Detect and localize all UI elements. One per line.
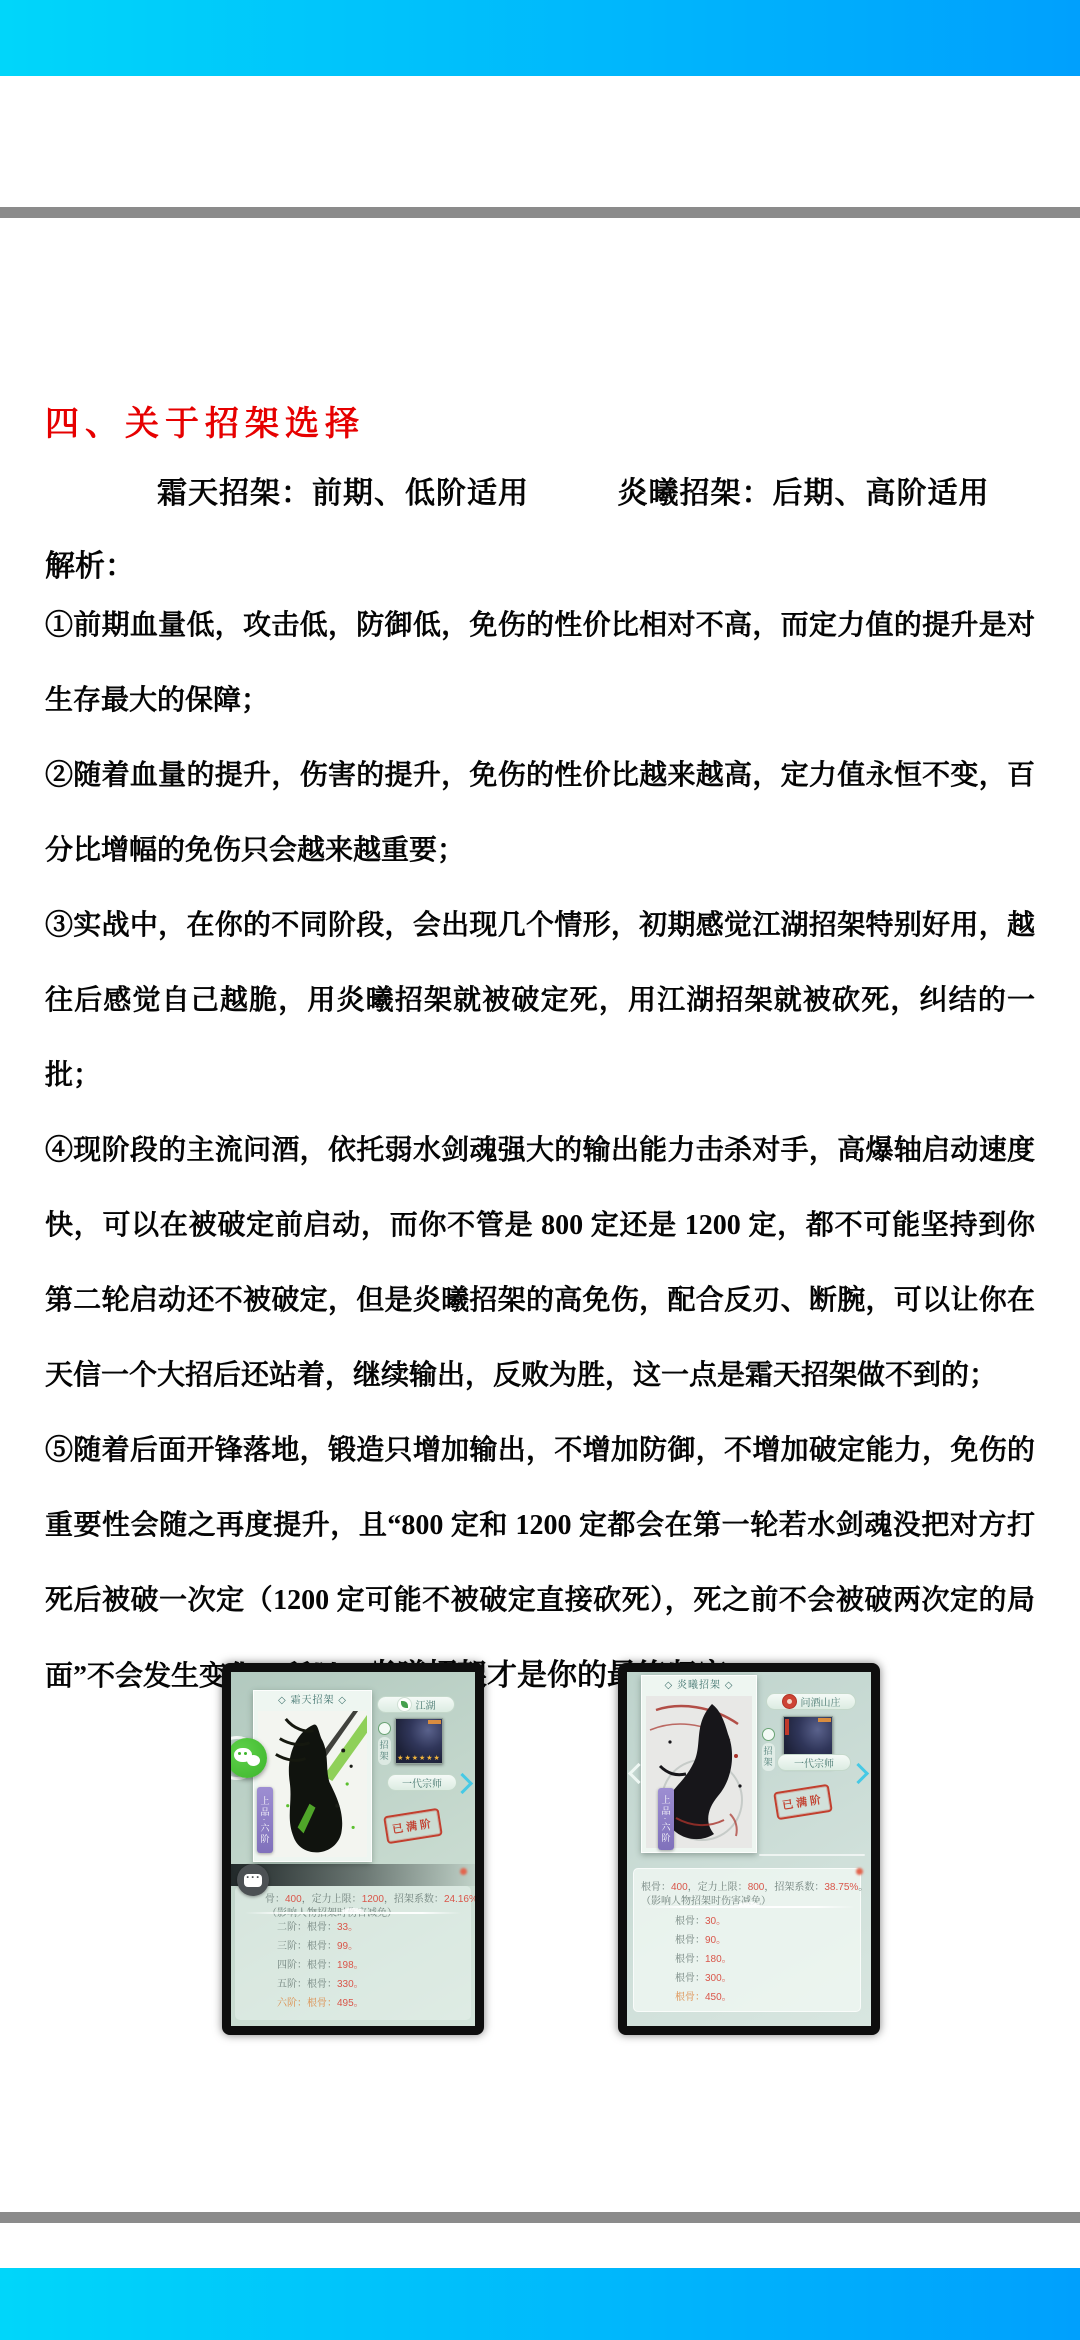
stage-row: 二阶：根骨：33。 <box>277 1918 364 1937</box>
parry-tag-label: 招架 <box>378 1737 391 1765</box>
stage-row: 根骨：300。 <box>675 1969 732 1988</box>
max-stage-stamp: 已满阶 <box>383 1808 443 1844</box>
parry-card: ◇ 炎曦招架 ◇ 上品·六阶 <box>641 1675 757 1853</box>
swirl-line-decoration <box>759 1854 865 1856</box>
paragraph-5: ⑤随着后面开锋落地，锻造只增加输出，不增加防御，不增加破定能力，免伤的重要性会随… <box>45 1413 1035 1714</box>
paragraph-4: ④现阶段的主流问酒，依托弱水剑魂强大的输出能力击杀对手，高爆轴启动速度快，可以在… <box>45 1113 1035 1413</box>
analysis-label: 解析： <box>45 541 135 585</box>
rank-pill: 一代宗师 <box>387 1774 457 1791</box>
stage-row: 五阶：根骨：330。 <box>277 1975 364 1994</box>
stats-line: 骨：400，定力上限：1200，招架系数：24.16%。 <box>265 1890 475 1905</box>
stage-row: 四阶：根骨：198。 <box>277 1956 364 1975</box>
quality-ribbon: 上品·六阶 <box>658 1788 674 1850</box>
stage-row: 六阶：根骨：495。 <box>277 1994 364 2013</box>
subheading-flame-parry: 炎曦招架：后期、高阶适用 <box>618 477 990 510</box>
parry-tag-label: 招架 <box>762 1743 775 1771</box>
chat-bubble-icon <box>237 1864 269 1896</box>
parry-tag-icon <box>762 1728 775 1741</box>
page-divider-top <box>0 207 1080 218</box>
ink-art-illustration <box>258 1711 367 1857</box>
faction-label: 江湖 <box>416 1697 436 1712</box>
stats-line: 根骨：400，定力上限：800，招架系数：38.75%。 <box>641 1878 868 1893</box>
parry-thumbnail: ★★★★★★ <box>395 1718 443 1764</box>
parry-tag: 招架 <box>761 1728 775 1771</box>
parry-tag: 招架 <box>377 1722 391 1765</box>
embedded-screenshot-frost-parry[interactable]: ◇ 霜天招架 ◇ 上品·六阶 <box>222 1663 484 2035</box>
paragraph-3: ③实战中，在你的不同阶段，会出现几个情形，初期感觉江湖招架特别好用，越往后感觉自… <box>45 888 1035 1113</box>
card-art <box>258 1711 367 1857</box>
paragraph-5-text: ⑤随着后面开锋落地，锻造只增加输出，不增加防御，不增加破定能力，免伤的重要性会随… <box>45 1435 1035 1692</box>
rank-label: 一代宗师 <box>794 1755 834 1770</box>
stage-row: 根骨：180。 <box>675 1950 732 1969</box>
faction-pill: 江湖 <box>377 1696 455 1713</box>
faction-pill: 问酒山庄 <box>766 1693 856 1710</box>
rank-label: 一代宗师 <box>402 1775 442 1790</box>
wavy-divider <box>643 1906 855 1908</box>
card-title: ◇ 霜天招架 ◇ <box>254 1691 371 1711</box>
subheading-frost-parry: 霜天招架：前期、低阶适用 <box>157 477 529 510</box>
embedded-screenshot-flame-parry[interactable]: ◇ 炎曦招架 ◇ 上品·六阶 <box>618 1663 880 2035</box>
stage-row: 根骨：90。 <box>675 1931 732 1950</box>
paragraph-1: ①前期血量低，攻击低，防御低，免伤的性价比相对不高，而定力值的提升是对生存最大的… <box>45 588 1035 738</box>
parry-tag-icon <box>378 1722 391 1735</box>
card-title: ◇ 炎曦招架 ◇ <box>642 1676 756 1696</box>
section-heading: 四、关于招架选择 <box>45 396 365 445</box>
stage-row: 根骨：30。 <box>675 1912 732 1931</box>
wavy-divider <box>245 1912 461 1914</box>
chevron-right-icon <box>848 1763 869 1784</box>
rank-pill: 一代宗师 <box>777 1754 851 1771</box>
flame-parry-ui: ◇ 炎曦招架 ◇ 上品·六阶 <box>627 1672 871 2026</box>
red-dot-decoration <box>856 1868 863 1875</box>
stage-row: 三阶：根骨：99。 <box>277 1937 364 1956</box>
leaf-icon <box>397 1697 412 1712</box>
stage-rows: 根骨：30。 根骨：90。 根骨：180。 根骨：300。 根骨：450。 <box>675 1912 732 2007</box>
star-rating: ★★★★★★ <box>396 1754 442 1763</box>
stage-row: 根骨：450。 <box>675 1988 732 2007</box>
wine-seal-icon <box>782 1694 797 1709</box>
faction-label: 问酒山庄 <box>801 1694 841 1709</box>
bottom-bar <box>0 2268 1080 2340</box>
max-stage-stamp: 已满阶 <box>773 1784 833 1820</box>
screenshot-root: 四、关于招架选择 霜天招架：前期、低阶适用 炎曦招架：后期、高阶适用 解析： ①… <box>0 0 1080 2340</box>
stage-rows: 二阶：根骨：33。 三阶：根骨：99。 四阶：根骨：198。 五阶：根骨：330… <box>277 1918 364 2013</box>
chevron-right-icon <box>452 1773 473 1794</box>
top-status-bar <box>0 0 1080 76</box>
parry-card: ◇ 霜天招架 ◇ 上品·六阶 <box>253 1690 372 1862</box>
red-dot-decoration <box>460 1868 467 1875</box>
body-paragraphs: ①前期血量低，攻击低，防御低，免伤的性价比相对不高，而定力值的提升是对生存最大的… <box>45 588 1035 1714</box>
page-divider-bottom <box>0 2212 1080 2223</box>
frost-parry-ui: ◇ 霜天招架 ◇ 上品·六阶 <box>231 1672 475 2026</box>
quality-ribbon: 上品·六阶 <box>257 1787 273 1853</box>
paragraph-2: ②随着血量的提升，伤害的提升，免伤的性价比越来越高，定力值永恒不变，百分比增幅的… <box>45 738 1035 888</box>
subheading-line: 霜天招架：前期、低阶适用 炎曦招架：后期、高阶适用 <box>157 468 990 512</box>
